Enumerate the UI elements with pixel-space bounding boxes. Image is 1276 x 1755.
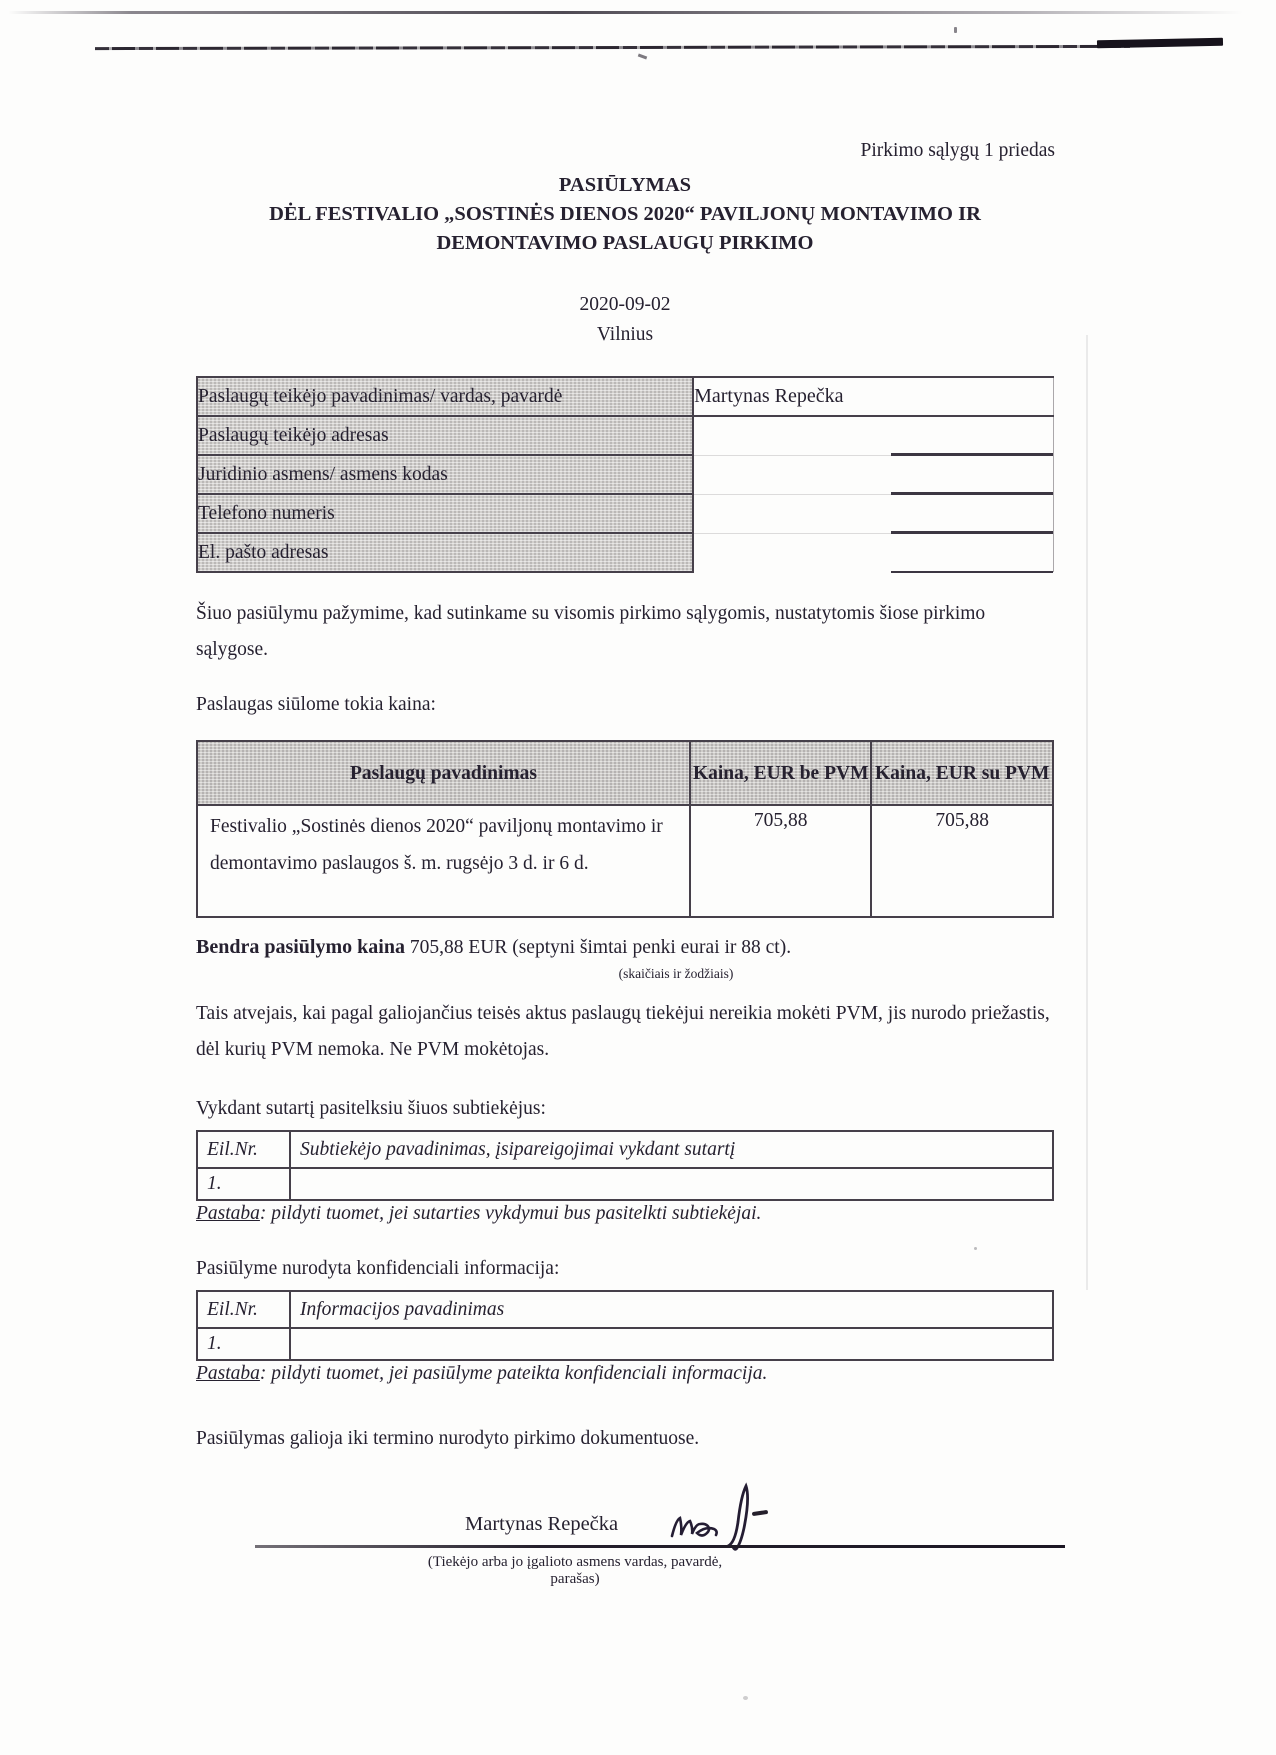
agreement-paragraph: Šiuo pasiūlymu pažymime, kad sutinkame s… <box>196 596 1054 668</box>
table-header-row: Eil.Nr. Subtiekėjo pavadinimas, įsiparei… <box>197 1131 1053 1168</box>
scan-artifact-line <box>95 45 1130 50</box>
subcontractors-note: Pastaba: pildyti tuomet, jei sutarties v… <box>196 1203 1054 1225</box>
scan-speck <box>743 1696 748 1700</box>
note-label: Pastaba <box>196 1363 260 1384</box>
subcontractors-intro: Vykdant sutartį pasitelksiu šiuos subtie… <box>196 1098 1054 1120</box>
provider-address-value <box>693 416 1053 455</box>
title-line-2: DĖL FESTIVALIO „SOSTINĖS DIENOS 2020“ PA… <box>196 200 1054 229</box>
provider-code-value <box>693 455 1053 494</box>
table-row: 1. <box>197 1168 1053 1200</box>
scan-speck <box>638 54 647 60</box>
table-header-row: Eil.Nr. Informacijos pavadinimas <box>197 1291 1053 1328</box>
subcontractor-value-cell <box>290 1168 1053 1200</box>
signature-line <box>255 1545 1065 1548</box>
provider-name-value: Martynas Repečka <box>693 377 1053 416</box>
price-incl-vat-cell: 705,88 <box>871 805 1053 917</box>
scan-artifact-line <box>8 11 1243 14</box>
attachment-annotation: Pirkimo sąlygų 1 priedas <box>861 140 1055 162</box>
provider-address-label: Paslaugų teikėjo adresas <box>197 416 693 455</box>
signature-caption: (Tiekėjo arba jo įgalioto asmens vardas,… <box>405 1554 745 1588</box>
confidential-intro: Pasiūlyme nurodyta konfidenciali informa… <box>196 1258 1054 1280</box>
col-header-service: Paslaugų pavadinimas <box>197 741 690 805</box>
scan-line-segment <box>891 571 1053 574</box>
table-row: Festivalio „Sostinės dienos 2020“ pavilj… <box>197 805 1053 917</box>
table-row: Paslaugų teikėjo adresas <box>197 416 1054 455</box>
provider-email-value <box>693 533 1053 572</box>
table-header-row: Paslaugų pavadinimas Kaina, EUR be PVM K… <box>197 741 1053 805</box>
handwritten-signature <box>666 1480 766 1564</box>
signature-block: Martynas Repečka (Tiekėjo arba jo įgalio… <box>196 1488 1066 1628</box>
provider-phone-label: Telefono numeris <box>197 494 693 533</box>
table-row: Juridinio asmens/ asmens kodas <box>197 455 1054 494</box>
provider-email-label: El. pašto adresas <box>197 533 693 572</box>
vat-paragraph: Tais atvejais, kai pagal galiojančius te… <box>196 996 1054 1068</box>
information-value-cell <box>290 1328 1053 1360</box>
price-table: Paslaugų pavadinimas Kaina, EUR be PVM K… <box>196 740 1054 918</box>
confidential-note: Pastaba: pildyti tuomet, jei pasiūlyme p… <box>196 1363 1054 1385</box>
table-row: 1. <box>197 1328 1053 1360</box>
scan-speck <box>974 1247 977 1250</box>
row-number-cell: 1. <box>197 1328 290 1360</box>
validity-statement: Pasiūlymas galioja iki termino nurodyto … <box>196 1428 1054 1450</box>
service-name-cell: Festivalio „Sostinės dienos 2020“ pavilj… <box>197 805 690 917</box>
signatory-name: Martynas Repečka <box>465 1513 618 1536</box>
provider-code-label: Juridinio asmens/ asmens kodas <box>197 455 693 494</box>
note-text: : pildyti tuomet, jei pasiūlyme pateikta… <box>260 1363 767 1384</box>
provider-name-label: Paslaugų teikėjo pavadinimas/ vardas, pa… <box>197 377 693 416</box>
provider-info-table: Paslaugų teikėjo pavadinimas/ vardas, pa… <box>196 376 1054 573</box>
confidential-table: Eil.Nr. Informacijos pavadinimas 1. <box>196 1290 1054 1361</box>
col-header-price-incl-vat: Kaina, EUR su PVM <box>871 741 1053 805</box>
col-header-number: Eil.Nr. <box>197 1131 290 1168</box>
subcontractors-table: Eil.Nr. Subtiekėjo pavadinimas, įsiparei… <box>196 1130 1054 1201</box>
total-price-text: 705,88 EUR (septyni šimtai penki eurai i… <box>405 937 791 958</box>
total-price-line: Bendra pasiūlymo kaina 705,88 EUR (septy… <box>196 936 1054 959</box>
price-excl-vat-cell: 705,88 <box>690 805 872 917</box>
document-title: PASIŪLYMAS DĖL FESTIVALIO „SOSTINĖS DIEN… <box>196 171 1054 258</box>
provider-phone-value <box>693 494 1053 533</box>
date-place-block: 2020-09-02 Vilnius <box>196 290 1054 350</box>
document-city: Vilnius <box>196 320 1054 350</box>
table-row: El. pašto adresas <box>197 533 1054 572</box>
title-line-1: PASIŪLYMAS <box>196 171 1054 200</box>
total-subcaption: (skaičiais ir žodžiais) <box>576 966 776 982</box>
page-fold-shadow <box>1086 335 1088 1290</box>
table-row: Paslaugų teikėjo pavadinimas/ vardas, pa… <box>197 377 1054 416</box>
col-header-price-excl-vat: Kaina, EUR be PVM <box>690 741 872 805</box>
col-header-subcontractor: Subtiekėjo pavadinimas, įsipareigojimai … <box>290 1131 1053 1168</box>
scan-artifact-line <box>1097 38 1223 49</box>
scan-speck <box>954 27 957 33</box>
col-header-information: Informacijos pavadinimas <box>290 1291 1053 1328</box>
note-text: : pildyti tuomet, jei sutarties vykdymui… <box>260 1203 761 1224</box>
col-header-number: Eil.Nr. <box>197 1291 290 1328</box>
price-intro: Paslaugas siūlome tokia kaina: <box>196 694 1054 716</box>
total-price-label: Bendra pasiūlymo kaina <box>196 936 405 958</box>
note-label: Pastaba <box>196 1203 260 1224</box>
document-date: 2020-09-02 <box>196 290 1054 320</box>
scanned-document-page: Pirkimo sąlygų 1 priedas PASIŪLYMAS DĖL … <box>0 0 1276 1755</box>
row-number-cell: 1. <box>197 1168 290 1200</box>
table-row: Telefono numeris <box>197 494 1054 533</box>
title-line-3: DEMONTAVIMO PASLAUGŲ PIRKIMO <box>196 229 1054 258</box>
